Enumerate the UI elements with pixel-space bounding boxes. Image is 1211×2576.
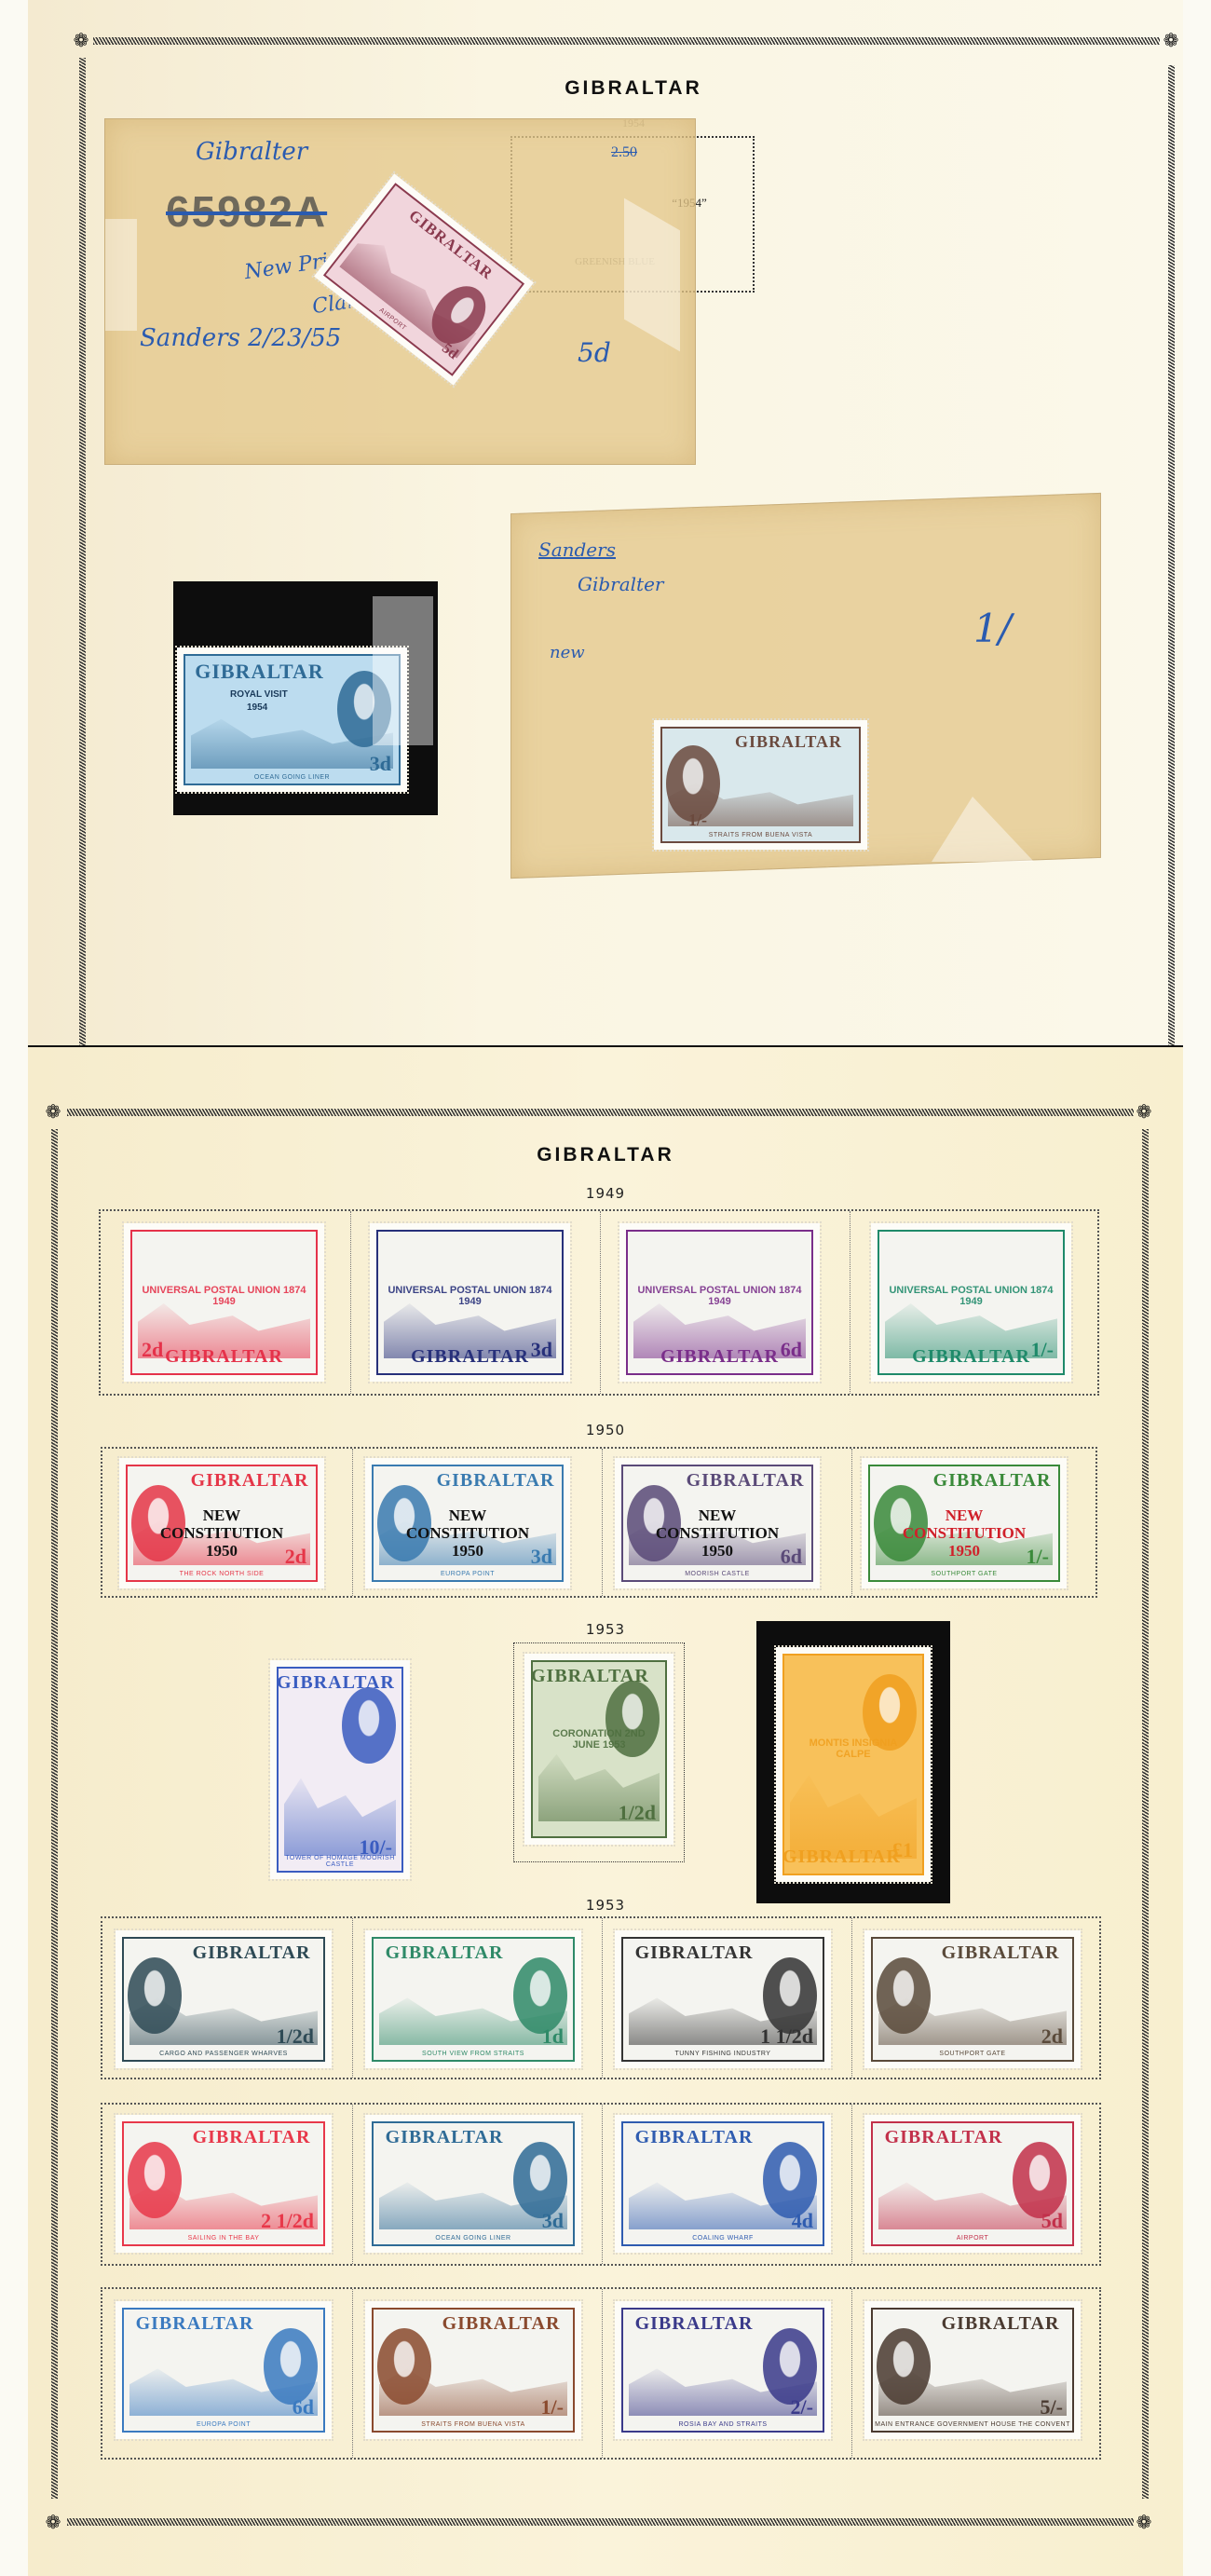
stamp-value: 3d <box>542 2209 564 2233</box>
stamp[interactable]: GIBRALTARNEWCONSTITUTION1950SOUTHPORT GA… <box>862 1458 1067 1588</box>
stamp[interactable]: GIBRALTARNEWCONSTITUTION1950THE ROCK NOR… <box>119 1458 324 1588</box>
stamp[interactable]: GIBRALTARMAIN ENTRANCE GOVERNMENT HOUSE … <box>864 2301 1081 2439</box>
portrait-icon <box>513 2142 567 2218</box>
hinge-tape <box>373 596 433 745</box>
stamp-country: GIBRALTAR <box>927 2313 1074 2335</box>
stamp[interactable]: GIBRALTAROCEAN GOING LINER3d <box>365 2115 581 2253</box>
stamp-value: 2d <box>285 1545 306 1569</box>
stamp-value: 2 1/2d <box>261 2209 314 2233</box>
stamp[interactable]: GIBRALTARUNIVERSAL POSTAL UNION 1874 194… <box>619 1223 820 1382</box>
stamp-value: 2/- <box>791 2395 813 2419</box>
stamp-value: 3d <box>531 1545 552 1569</box>
stamp-caption: SOUTH VIEW FROM STRAITS <box>372 2051 575 2057</box>
stamp-value: 1/- <box>1031 1338 1054 1362</box>
stamp-value: 2d <box>1041 2024 1063 2049</box>
stamp-value: 1/2d <box>277 2024 314 2049</box>
stamp-inscription: UNIVERSAL POSTAL UNION 1874 1949 <box>637 1285 802 1307</box>
stamp-country: GIBRALTAR <box>428 1470 564 1492</box>
stamp[interactable]: GIBRALTARSOUTH VIEW FROM STRAITS1d <box>365 1930 581 2068</box>
overprint-line: CONSTITUTION <box>372 1524 564 1542</box>
stamp-country: GIBRALTAR <box>372 2127 517 2148</box>
stamp-caption: EUROPA POINT <box>122 2421 325 2428</box>
stamp-country: GIBRALTAR <box>178 2127 325 2148</box>
stamp-value: 6d <box>781 1338 802 1362</box>
page1-right-border <box>1168 65 1175 1046</box>
corner-ornament-icon: ❁ <box>43 2512 63 2532</box>
stamp-value: £1 <box>892 1838 913 1862</box>
stamp-country: GIBRALTAR <box>621 2313 767 2335</box>
stamp-country: GIBRALTAR <box>621 1942 767 1964</box>
corner-ornament-icon: ❁ <box>1134 2512 1154 2532</box>
corner-ornament-icon: ❁ <box>71 30 91 50</box>
stamp-value: 3d <box>370 752 391 776</box>
page2-right-border <box>1142 1129 1149 2499</box>
stamp-caption: EUROPA POINT <box>372 1571 564 1577</box>
note-country-2: Gibralter <box>578 573 664 595</box>
stamp-country: GIBRALTAR <box>927 1942 1074 1964</box>
stamp-caption: STRAITS FROM BUENA VISTA <box>372 2421 575 2428</box>
stamp[interactable]: GIBRALTARCOALING WHARF4d <box>615 2115 831 2253</box>
portrait-icon <box>377 2328 431 2405</box>
stamp-inscription: CORONATION 2ND JUNE 1953 <box>542 1728 656 1751</box>
portrait-icon <box>128 2142 182 2218</box>
stamp-inscription: UNIVERSAL POSTAL UNION 1874 1949 <box>889 1285 1054 1307</box>
stamp[interactable]: GIBRALTARUNIVERSAL POSTAL UNION 1874 194… <box>871 1223 1071 1382</box>
stamp-country: GIBRALTAR <box>924 1470 1060 1492</box>
stamp-country: GIBRALTAR <box>871 2127 1016 2148</box>
stamp-country: GIBRALTAR <box>122 2313 267 2335</box>
stamp-caption: SOUTHPORT GATE <box>871 2051 1074 2057</box>
stamp-country: GIBRALTAR <box>182 1470 318 1492</box>
overprint-line: NEW <box>372 1506 564 1524</box>
stamp[interactable]: GIBRALTARCARGO AND PASSENGER WHARVES1/2d <box>116 1930 332 2068</box>
stamp-value: 1/- <box>541 2395 564 2419</box>
note-value: 5d <box>578 337 611 368</box>
stamp-value: 10/- <box>360 1835 392 1860</box>
stamp-country: GIBRALTAR <box>428 2313 575 2335</box>
overprint-royal-visit: ROYAL VISIT <box>230 689 288 700</box>
portrait-icon <box>877 1957 931 2034</box>
overprint-line: NEW <box>126 1506 318 1524</box>
stamp-country: GIBRALTAR <box>178 1942 325 1964</box>
portrait-icon <box>1013 2142 1067 2218</box>
portrait-icon <box>877 2328 931 2405</box>
stamp-inscription: UNIVERSAL POSTAL UNION 1874 1949 <box>388 1285 552 1307</box>
stamp-caption: MOORISH CASTLE <box>621 1571 813 1577</box>
page1-left-border <box>79 58 86 1046</box>
note-value-2: 1/ <box>973 606 1012 651</box>
stamp-country: GIBRALTAR <box>277 1672 346 1694</box>
album-space-price: 2.50 <box>596 144 652 161</box>
stamp[interactable]: GIBRALTARUNIVERSAL POSTAL UNION 1874 194… <box>370 1223 570 1382</box>
stamp-caption: OCEAN GOING LINER <box>184 774 401 781</box>
note-new: new <box>550 643 585 662</box>
stamp[interactable]: GIBRALTARCORONATION 2ND JUNE 19531/2d <box>524 1654 674 1845</box>
portrait-icon <box>264 2328 318 2405</box>
stamp-caption: MAIN ENTRANCE GOVERNMENT HOUSE THE CONVE… <box>871 2421 1074 2428</box>
stamp[interactable]: GIBRALTARSTRAITS FROM BUENA VISTA1/- <box>365 2301 581 2439</box>
stamp[interactable]: GIBRALTARMONTIS INSIGNIA CALPE£1 <box>776 1647 931 1882</box>
stamp[interactable]: GIBRALTARSAILING IN THE BAY2 1/2d <box>116 2115 332 2253</box>
overprint-line: NEW <box>868 1506 1060 1524</box>
stamp-value: 5/- <box>1041 2395 1063 2419</box>
stamp-value: 2d <box>142 1338 163 1362</box>
note-dealer: Sanders <box>538 538 616 561</box>
stamp[interactable]: GIBRALTARTUNNY FISHING INDUSTRY1 1/2d <box>615 1930 831 2068</box>
stamp-country: GIBRALTAR <box>372 1942 517 1964</box>
stamp[interactable]: GIBRALTAREUROPA POINT6d <box>116 2301 332 2439</box>
portrait-icon <box>513 1957 567 2034</box>
stamp-value: 1/2d <box>619 1801 656 1825</box>
stamp-value: 5d <box>1041 2209 1063 2233</box>
stamp-country: GIBRALTAR <box>716 732 861 752</box>
stamp-caption: SOUTHPORT GATE <box>868 1571 1060 1577</box>
overprint-year: 1954 <box>247 702 267 713</box>
stamp-value: 6d <box>293 2395 314 2419</box>
portrait-icon <box>763 2328 817 2405</box>
overprint-line: CONSTITUTION <box>868 1524 1060 1542</box>
stamp-country: GIBRALTAR <box>677 1470 813 1492</box>
stamp-value: 1d <box>542 2024 564 2049</box>
corner-ornament-icon: ❁ <box>1134 1101 1154 1122</box>
portrait-icon <box>763 2142 817 2218</box>
stamp-country: GIBRALTAR <box>782 1847 866 1868</box>
portrait-icon <box>128 1957 182 2034</box>
stamp-caption: THE ROCK NORTH SIDE <box>126 1571 318 1577</box>
stamp-caption: STRAITS FROM BUENA VISTA <box>660 832 861 838</box>
stamp-caption: TUNNY FISHING INDUSTRY <box>621 2051 824 2057</box>
stamp-caption: ROSIA BAY AND STRAITS <box>621 2421 824 2428</box>
stamp-inscription: MONTIS INSIGNIA CALPE <box>794 1738 913 1760</box>
page2-top-border <box>67 1109 1134 1116</box>
stamp-caption: CARGO AND PASSENGER WHARVES <box>122 2051 325 2057</box>
stamp-caption: COALING WHARF <box>621 2235 824 2242</box>
year-label-1953-a: 1953 <box>0 1621 1211 1638</box>
page2-title: GIBRALTAR <box>0 1144 1211 1166</box>
year-label-1949: 1949 <box>0 1185 1211 1202</box>
note-country: Gibralter <box>196 138 307 166</box>
page2-left-border <box>51 1129 58 2499</box>
portrait-icon <box>342 1687 396 1764</box>
hinge-tape <box>105 219 137 331</box>
page1-title: GIBRALTAR <box>28 77 1211 100</box>
stamp-value: 1/- <box>688 811 707 830</box>
stamp-caption: OCEAN GOING LINER <box>372 2235 575 2242</box>
year-label-1953-b: 1953 <box>0 1897 1211 1914</box>
year-label-1950: 1950 <box>0 1422 1211 1438</box>
stamp-value: 6d <box>781 1545 802 1569</box>
stamp[interactable]: GIBRALTARROSIA BAY AND STRAITS2/- <box>615 2301 831 2439</box>
stamp[interactable]: GIBRALTARNEWCONSTITUTION1950MOORISH CAST… <box>615 1458 820 1588</box>
overprint-line: CONSTITUTION <box>621 1524 813 1542</box>
stamp-value: 4d <box>792 2209 813 2233</box>
stamp[interactable]: GIBRALTARAIRPORT5d <box>864 2115 1081 2253</box>
stamp-country: GIBRALTAR <box>531 1666 609 1687</box>
note-dealer-date: Sanders 2/23/55 <box>140 324 341 352</box>
stamp-value: 3d <box>531 1338 552 1362</box>
stamp[interactable]: GIBRALTARTOWER OF HOMAGE MOORISH CASTLE1… <box>270 1660 410 1879</box>
page2-bottom-border <box>67 2518 1134 2526</box>
stamp-value: 1/- <box>1027 1545 1049 1569</box>
stamp[interactable]: GIBRALTARUNIVERSAL POSTAL UNION 1874 194… <box>124 1223 324 1382</box>
overprint-line: NEW <box>621 1506 813 1524</box>
stamp[interactable]: GIBRALTARNEWCONSTITUTION1950EUROPA POINT… <box>365 1458 570 1588</box>
stamp-caption: AIRPORT <box>871 2235 1074 2242</box>
stamp-caption: SAILING IN THE BAY <box>122 2235 325 2242</box>
corner-ornament-icon: ❁ <box>1161 30 1181 50</box>
stamp[interactable]: GIBRALTARSOUTHPORT GATE2d <box>864 1930 1081 2068</box>
corner-ornament-icon: ❁ <box>43 1101 63 1122</box>
portrait-icon <box>763 1957 817 2034</box>
stamp-inscription: UNIVERSAL POSTAL UNION 1874 1949 <box>142 1285 306 1307</box>
page1-top-border <box>93 37 1160 45</box>
stamp-country: GIBRALTAR <box>184 660 335 684</box>
overprint-line: CONSTITUTION <box>126 1524 318 1542</box>
catalog-number: 65982A <box>166 186 327 237</box>
stamp-country: GIBRALTAR <box>621 2127 767 2148</box>
stamp-value: 1 1/2d <box>760 2024 813 2049</box>
stamp-buena-vista-1s[interactable]: GIBRALTAR STRAITS FROM BUENA VISTA 1/- <box>654 720 867 850</box>
